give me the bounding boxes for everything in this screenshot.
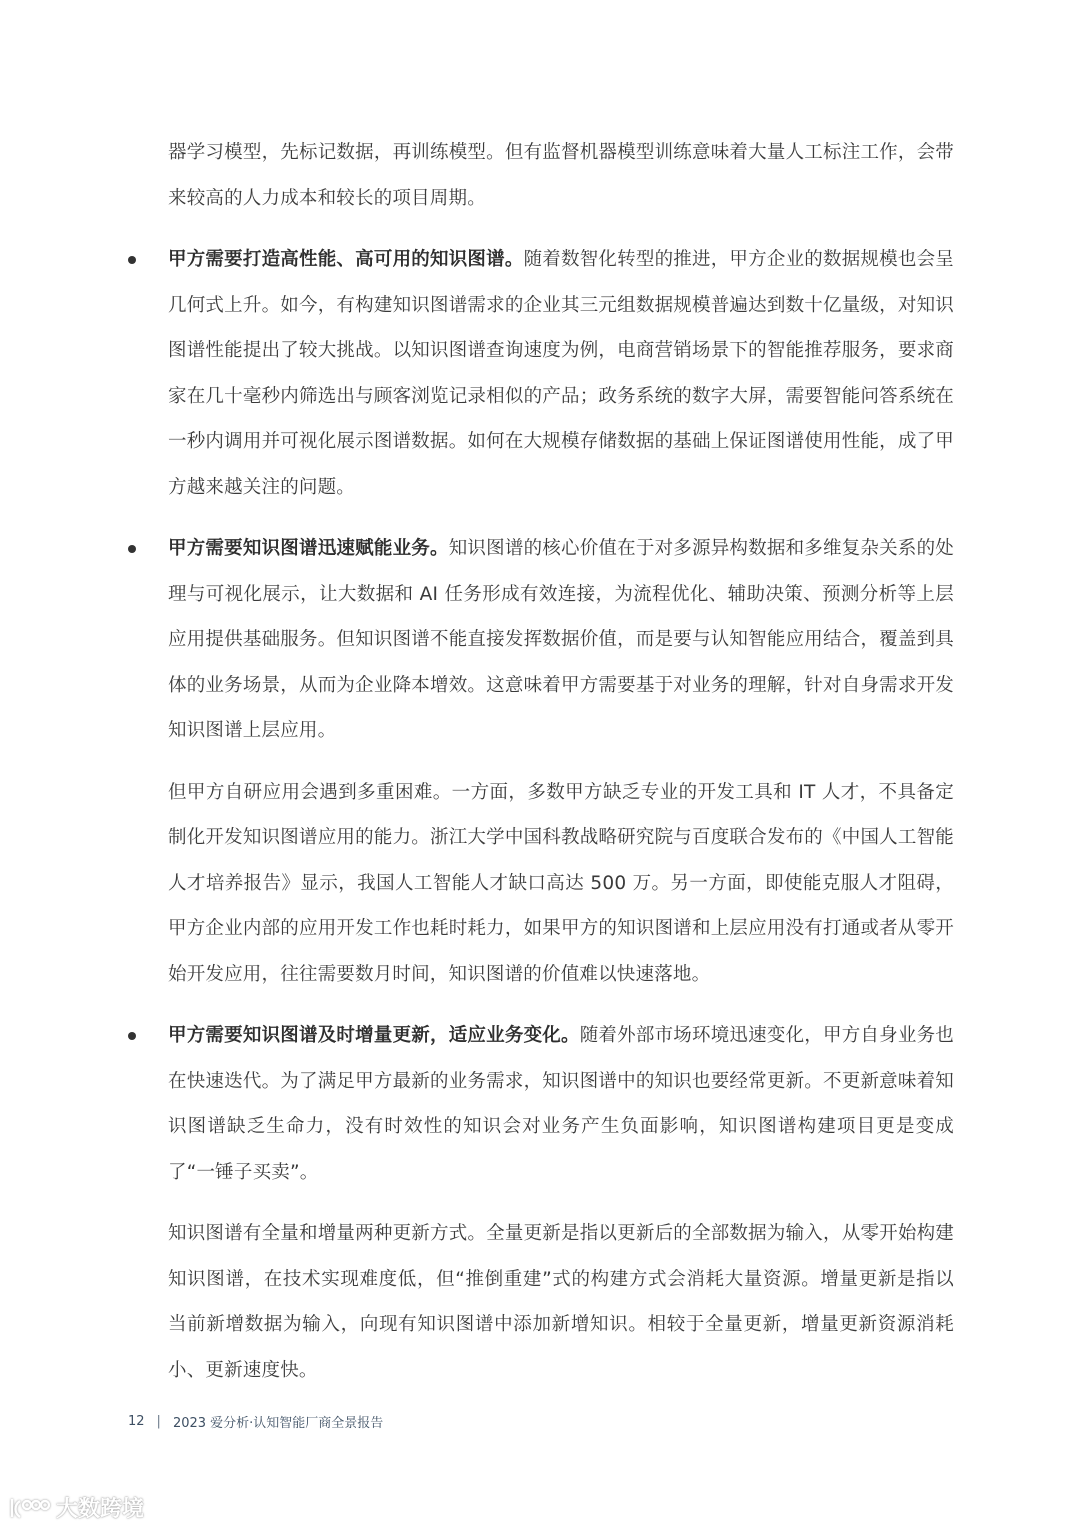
watermark-text: 大数跨境 [56,1492,144,1523]
footer-separator: | [157,1414,161,1429]
document-page: 器学习模型，先标记数据，再训练模型。但有监督机器模型训练意味着大量人工标注工作，… [0,0,1080,1528]
intro-paragraph: 器学习模型，先标记数据，再训练模型。但有监督机器模型训练意味着大量人工标注工作，… [168,130,954,221]
bullet-body: 知识图谱的核心价值在于对多源异构数据和多维复杂关系的处理与可视化展示，让大数据和… [168,538,954,741]
report-title: 2023 爱分析·认知智能厂商全景报告 [173,1412,383,1431]
bullet-item-performance: 甲方需要打造高性能、高可用的知识图谱。随着数智化转型的推进，甲方企业的数据规模也… [168,237,954,510]
main-content: 器学习模型，先标记数据，再训练模型。但有监督机器模型训练意味着大量人工标注工作，… [168,130,954,1393]
bullet-dot-icon [128,1032,136,1040]
bullet-body: 随着数智化转型的推进，甲方企业的数据规模也会呈几何式上升。如今，有构建知识图谱需… [168,249,954,498]
bullet-follow-up-paragraph: 但甲方自研应用会遇到多重困难。一方面，多数甲方缺乏专业的开发工具和 IT 人才，… [168,770,954,998]
page-number: 12 [128,1414,145,1429]
bullet-paragraph: 甲方需要知识图谱及时增量更新，适应业务变化。随着外部市场环境迅速变化，甲方自身业… [168,1013,954,1195]
bullet-follow-up-paragraph: 知识图谱有全量和增量两种更新方式。全量更新是指以更新后的全部数据为输入，从零开始… [168,1211,954,1393]
bullet-body: 随着外部市场环境迅速变化，甲方自身业务也在快速迭代。为了满足甲方最新的业务需求，… [168,1025,954,1183]
bullet-lead: 甲方需要知识图谱及时增量更新，适应业务变化。 [168,1025,580,1046]
bullet-item-empower-business: 甲方需要知识图谱迅速赋能业务。知识图谱的核心价值在于对多源异构数据和多维复杂关系… [168,526,954,997]
bullet-dot-icon [128,256,136,264]
bullet-paragraph: 甲方需要知识图谱迅速赋能业务。知识图谱的核心价值在于对多源异构数据和多维复杂关系… [168,526,954,754]
bullet-lead: 甲方需要打造高性能、高可用的知识图谱。 [168,249,524,270]
bullet-paragraph: 甲方需要打造高性能、高可用的知识图谱。随着数智化转型的推进，甲方企业的数据规模也… [168,237,954,510]
bullet-item-incremental-update: 甲方需要知识图谱及时增量更新，适应业务变化。随着外部市场环境迅速变化，甲方自身业… [168,1013,954,1393]
watermark: 大数跨境 [8,1492,144,1523]
page-footer: 12 | 2023 爱分析·认知智能厂商全景报告 [128,1412,383,1431]
bullet-lead: 甲方需要知识图谱迅速赋能业务。 [168,538,449,559]
kooo-logo-icon [8,1495,52,1521]
bullet-dot-icon [128,545,136,553]
